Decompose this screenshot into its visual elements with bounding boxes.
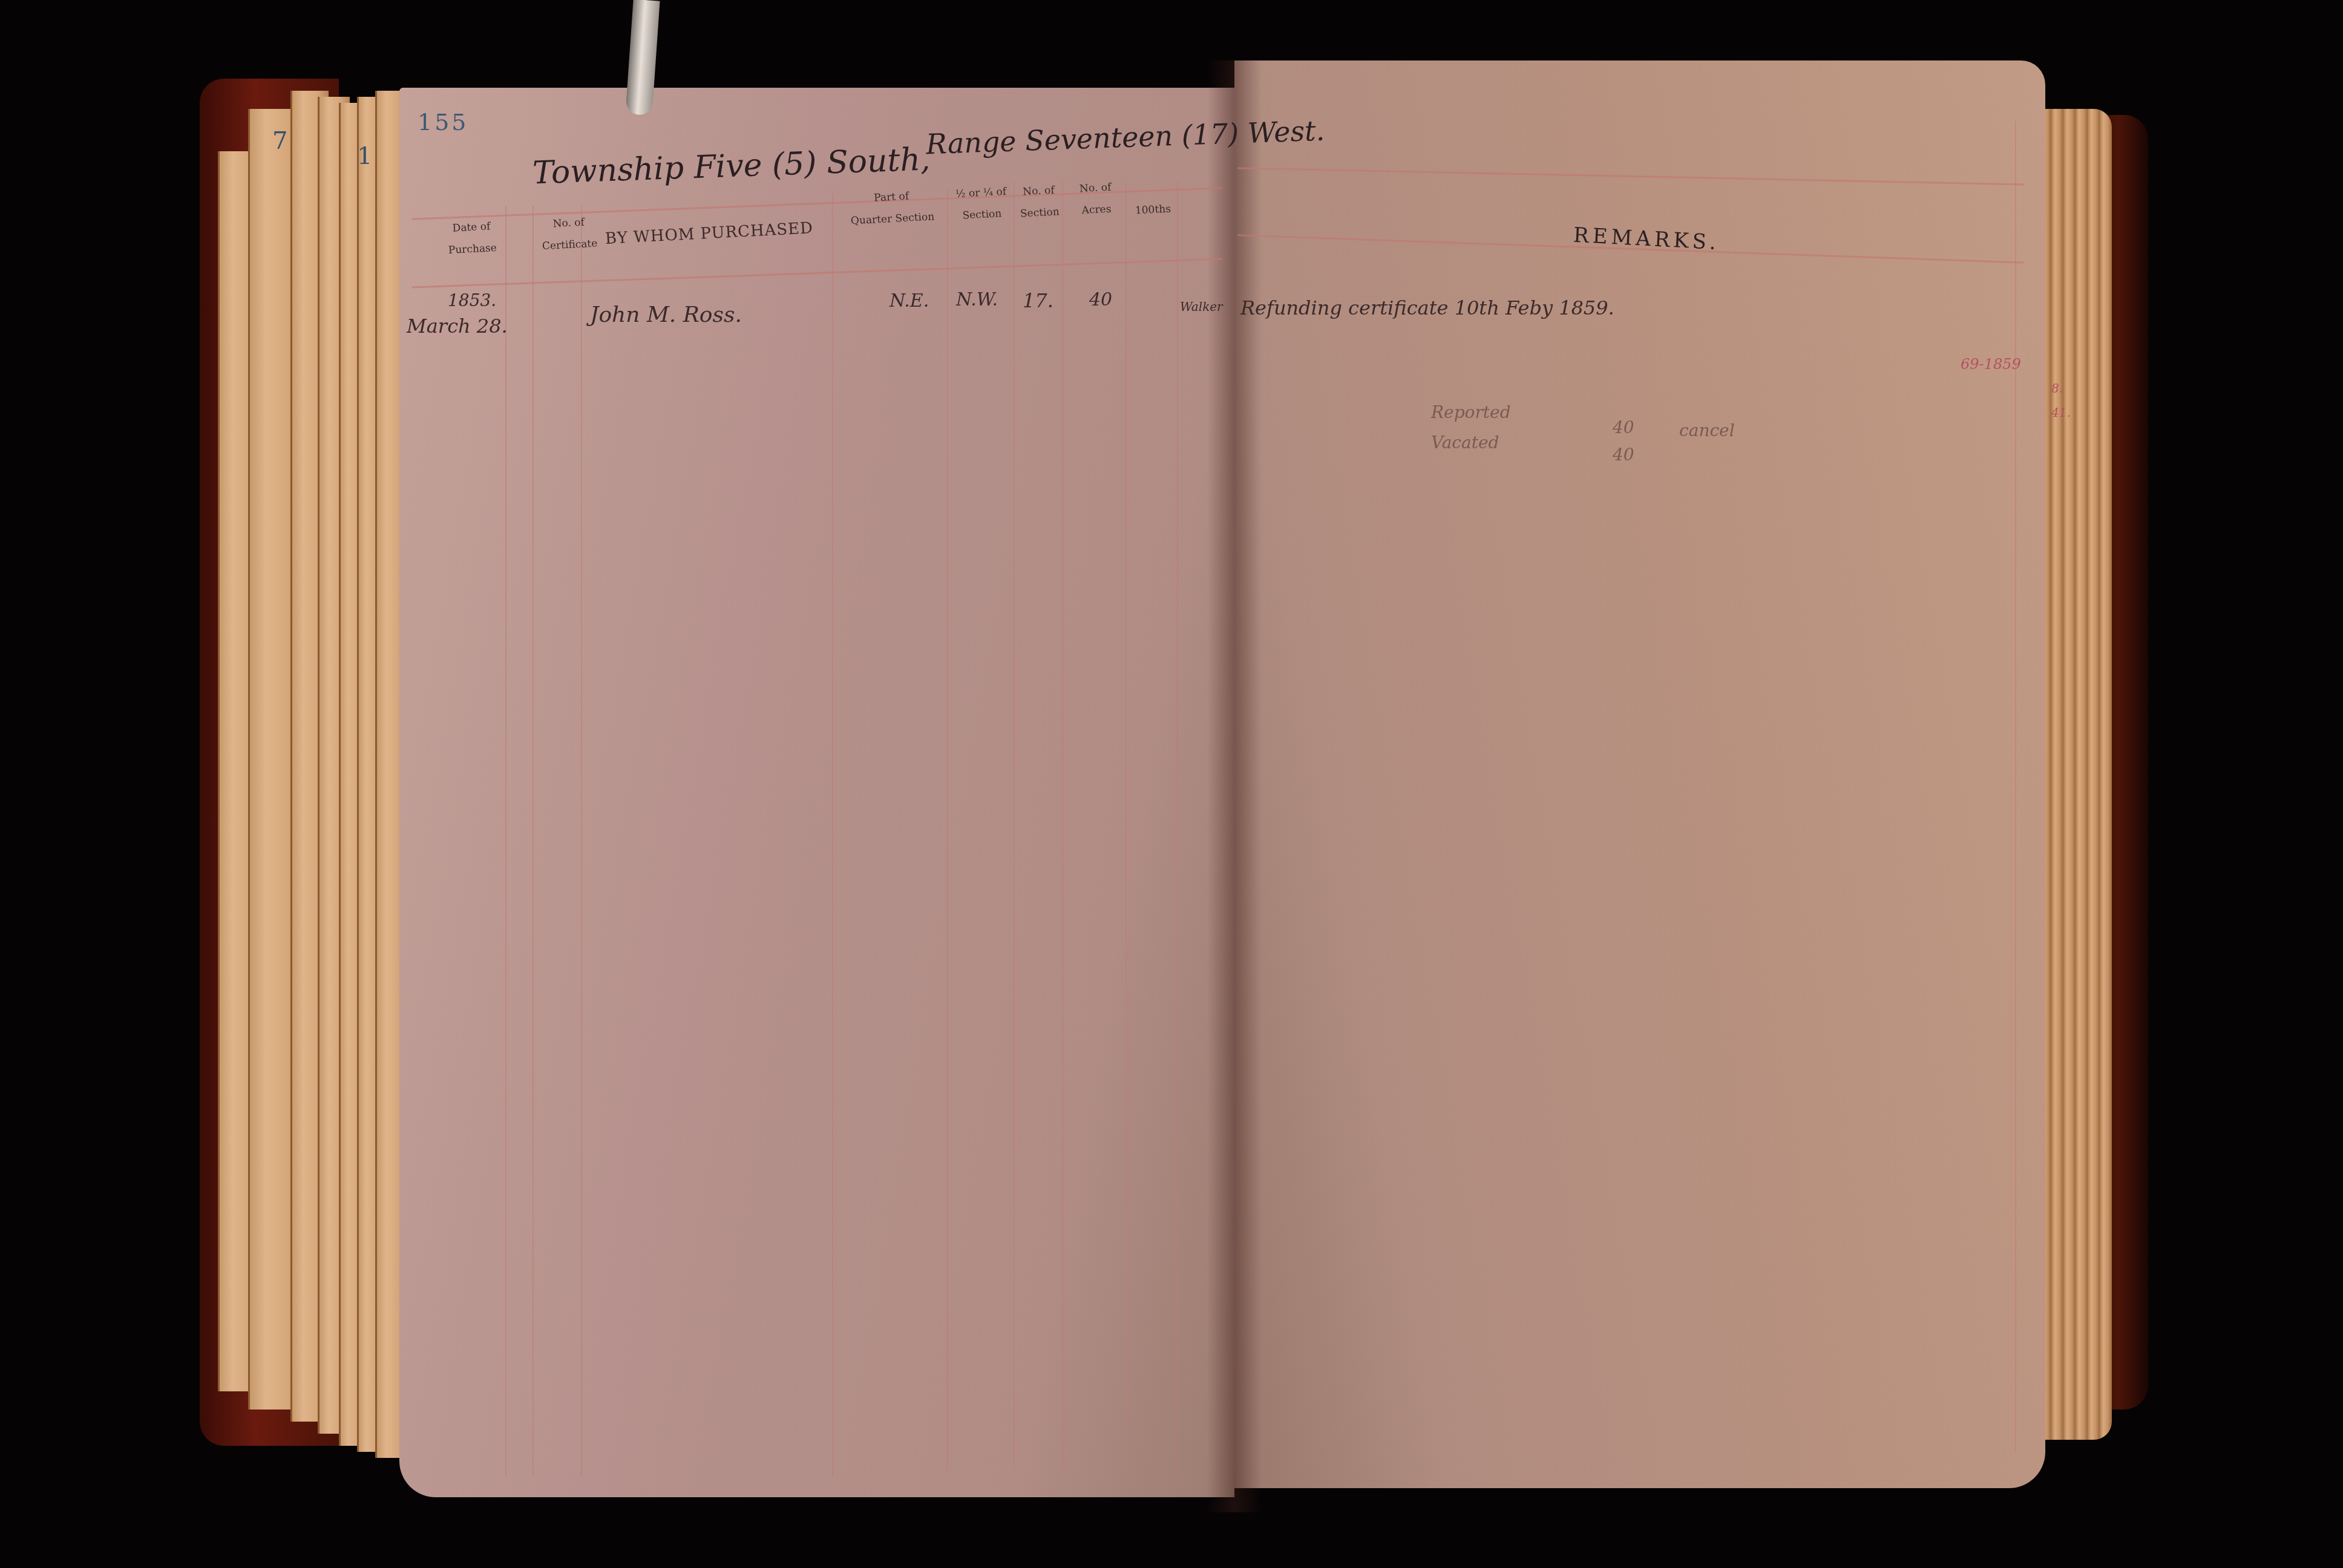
edge-tab-number: 7 <box>272 127 287 155</box>
column-rule <box>505 206 506 1476</box>
column-header-section: No. of Section <box>1019 183 1060 220</box>
column-header-hundredths: 100ths <box>1134 180 1171 217</box>
entry-quarter: N.W. <box>956 289 998 310</box>
pencil-note-label: Reported <box>1431 402 1511 422</box>
pencil-note-label: Vacated <box>1431 433 1499 452</box>
column-rule <box>1177 181 1178 1470</box>
margin-note: 69-1859 <box>1961 356 2021 373</box>
entry-hundredths: Walker <box>1180 299 1223 314</box>
column-rule <box>1014 181 1015 1470</box>
entry-acres: 40 <box>1089 289 1112 310</box>
entry-date: March 28. <box>407 315 508 338</box>
pencil-note-value: 40 <box>1613 417 1634 437</box>
edge-tab-number: 1 <box>357 142 372 170</box>
entry-part: N.E. <box>890 290 929 312</box>
pencil-note-value: 40 <box>1613 445 1634 465</box>
entry-purchaser: John M. Ross. <box>590 302 742 327</box>
book-gutter <box>1207 60 1262 1512</box>
column-rule <box>581 206 582 1476</box>
column-header-quarter: ½ or ¼ of Section <box>955 185 1008 223</box>
entry-section: 17. <box>1023 289 1054 312</box>
edge-mark: 41. <box>2051 405 2071 420</box>
remark-text: Refunding certificate 10th Feby 1859. <box>1240 296 1614 319</box>
remarks-margin-rule <box>2015 121 2016 1452</box>
column-rule <box>1126 181 1127 1470</box>
column-header-part: Part of Quarter Section <box>850 188 935 227</box>
column-rule <box>532 206 534 1476</box>
column-header-certificate: No. of Certificate <box>541 215 598 253</box>
pencil-note-extra: cancel <box>1679 420 1735 440</box>
column-header-acres: No. of Acres <box>1080 181 1113 218</box>
entry-year: 1853. <box>448 290 496 310</box>
left-page-stack: 7 1 <box>218 85 411 1476</box>
column-header-date: Date of Purchase <box>447 220 497 257</box>
page-number: 155 <box>418 109 469 136</box>
right-remarks-page <box>1234 60 2045 1488</box>
column-rule <box>1062 181 1063 1470</box>
column-rule <box>947 188 948 1470</box>
edge-mark: 8. <box>2051 381 2063 396</box>
column-rule <box>832 194 833 1476</box>
